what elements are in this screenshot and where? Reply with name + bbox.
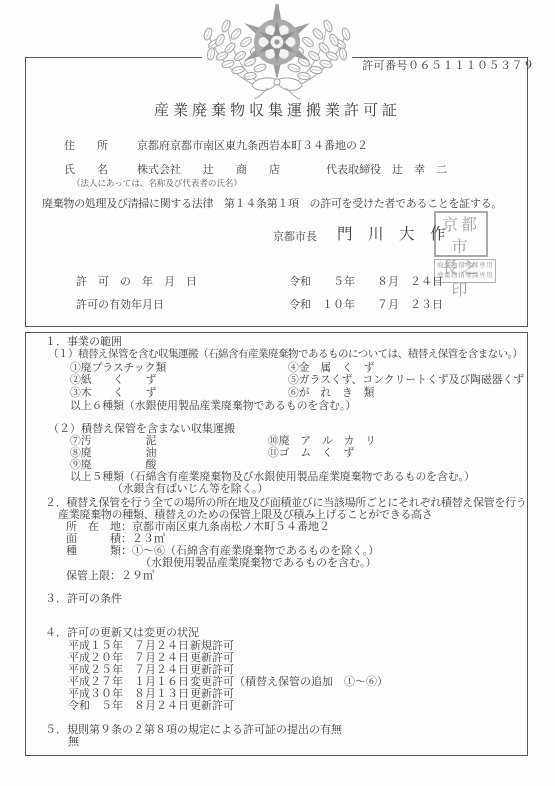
sub-seal-text-line2: 廃棄物指導課専用: [435, 271, 495, 281]
waste-item: ⑪ゴ ム く ず: [268, 447, 354, 459]
history-type: 新規許可: [190, 640, 234, 653]
waste-item: ⑧廃 油: [70, 447, 156, 459]
name-label: 氏 名: [64, 164, 108, 177]
section1-heading: １．事業の範囲: [45, 336, 122, 349]
section2-heading-line1: ２．積替え保管を行う全ての場所の所在地及び面積並びに当該場所ごとにそれぞれ積替え…: [45, 497, 527, 510]
company-name: 株式会社 辻 商 店: [137, 164, 280, 177]
sub-seal-illegible: 廃棄物指導課専用 廃棄物指導課専用: [434, 259, 496, 283]
history-type: 更新許可: [190, 664, 234, 677]
section5-value: 無: [68, 736, 79, 749]
history-type: 更新許可: [190, 700, 234, 713]
history-type: 更新許可: [190, 688, 234, 701]
certification-text: 廃棄物の処理及び清掃に関する法律 第１４条第１項 の許可を受けた者であることを証…: [42, 198, 502, 211]
history-date: 平成３０年 ８月１３日: [68, 688, 189, 701]
section4-heading: ４．許可の更新又は変更の状況: [45, 627, 199, 640]
waste-item: ③木 く ず: [70, 387, 156, 399]
history-date: 平成２５年 ７月２４日: [68, 664, 189, 677]
issued-date-value: 令和 ５年 ８月 ２４日: [289, 276, 443, 289]
valid-date-label: 許可の有効年月日: [76, 299, 164, 312]
issuer-title: 京都市長: [273, 231, 317, 244]
address-value: 京都府京都市南区東九条西岩本町３４番地の２: [137, 140, 368, 153]
history-date: 平成２０年 ７月２４日: [68, 652, 189, 665]
section1-sub2-note2: （水銀含有ばいじん等を除く。）: [112, 483, 268, 495]
waste-item: ⑨廃 酸: [70, 459, 156, 471]
history-type: 更新許可: [190, 652, 234, 665]
issued-date-label: 許 可 の 年 月 日: [76, 276, 197, 289]
history-type: 変更許可（積替え保管の追加 ①～⑥）: [190, 676, 388, 689]
permit-number: 許可番号０６５１１１０５３７９: [362, 60, 535, 73]
kyoto-city-emblem-icon: [198, 4, 356, 100]
storage-types-note: （水銀使用製品産業廃棄物であるものを含む。）: [140, 557, 377, 570]
issuer-name: 門 川 大 作: [337, 226, 446, 244]
storage-location: 所 在 地：京都市南区東九条南松ノ木町５４番地２: [66, 521, 330, 534]
section1-sub1-note: 以上６種類（水銀使用製品産業廃棄物であるものを含む。）: [70, 400, 356, 412]
history-date: 平成１５年 ７月２４日: [68, 640, 189, 653]
waste-item: ①廃プラスチック類: [70, 362, 166, 374]
section1-sub2-note1: 以上５種類（石綿含有産業廃棄物及び水銀使用製品産業廃棄物であるものを含む。）: [70, 471, 475, 483]
storage-limit: 保管上限：２９㎥: [66, 570, 154, 583]
waste-item: ⑥が れ き 類: [288, 387, 374, 399]
waste-item: ⑤ガラスくず、コンクリートくず及び陶磁器くず: [288, 374, 524, 386]
sub-seal-text-line1: 廃棄物指導課専用: [435, 261, 495, 271]
waste-item: ⑩廃 ア ル カ リ: [268, 435, 376, 447]
legal-note: （法人にあっては、名称及び代表者の氏名）: [72, 179, 242, 189]
storage-types: 種 類：①～⑥（石綿含有産業廃棄物であるものを除く。）: [66, 545, 379, 558]
section5-heading: ５．規則第９条の２第８項の規定による許可証の提出の有無: [45, 724, 342, 737]
waste-item: ②紙 く ず: [70, 374, 156, 386]
storage-area: 面 積：２３㎡: [66, 533, 165, 546]
history-date: 平成２７年 １月１６日: [68, 676, 189, 689]
document-title: 産業廃棄物収集運搬業許可証: [154, 103, 401, 120]
history-date: 令和 ５年 ８月２４日: [68, 700, 189, 713]
representative-name: 代表取締役 辻 幸 二: [326, 164, 447, 177]
address-label: 住 所: [64, 140, 108, 153]
waste-item: ④金 属 く ず: [288, 362, 374, 374]
section2-heading-line2: 産業廃棄物の種類、積替えのための保管上限及び積み上げることができる高さ: [58, 509, 433, 522]
section1-sub2-heading: （２）積替え保管を含まない収集運搬: [48, 423, 235, 436]
section1-sub1-heading: （１）積替え保管を含む収集運搬（石綿含有産業廃棄物であるものについては、積替え保…: [48, 349, 523, 361]
document-page: 許可番号０６５１１１０５３７９ 産業廃棄物収集運搬業許可証 住 所 京都府京都市…: [0, 0, 555, 786]
section3-heading: ３．許可の条件: [45, 593, 122, 606]
valid-date-value: 令和 １０年 ７月 ２３日: [289, 299, 443, 312]
waste-item: ⑦汚 泥: [70, 435, 156, 447]
